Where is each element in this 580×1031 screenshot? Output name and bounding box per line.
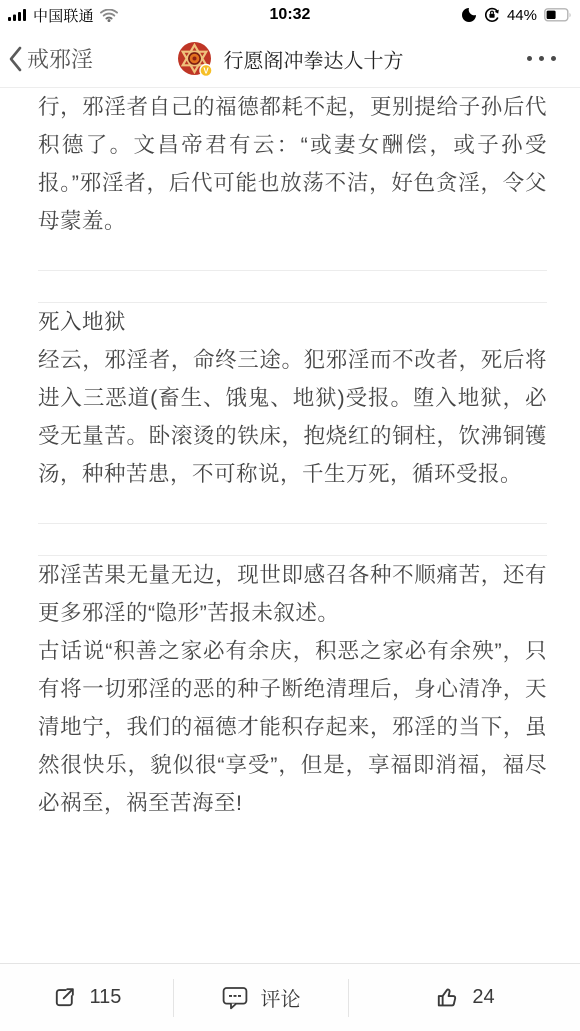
more-options-icon <box>527 56 532 61</box>
battery-icon <box>544 8 572 22</box>
share-button[interactable]: 115 <box>0 964 173 1031</box>
like-count: 24 <box>472 986 494 1009</box>
battery-percent-label: 44% <box>507 7 537 24</box>
paragraph: 古话说“积善之家必有余庆，积恶之家必有余殃”，只有将一切邪淫的恶的种子断绝清理后… <box>38 632 547 822</box>
wifi-icon <box>100 9 118 22</box>
comment-icon <box>222 986 248 1010</box>
account-avatar: V <box>177 40 214 77</box>
back-button[interactable]: 戒邪淫 <box>8 43 93 74</box>
comment-button[interactable]: 评论 <box>174 964 348 1031</box>
moon-icon <box>461 7 477 23</box>
status-right: 44% <box>461 7 572 24</box>
status-left: 中国联通 <box>8 5 118 26</box>
back-chevron-icon <box>8 46 23 72</box>
share-count: 115 <box>90 986 122 1009</box>
paragraph: 行，邪淫者自己的福德都耗不起，更别提给子孙后代积德了。文昌帝君有云：“或妻女酬偿… <box>38 88 547 240</box>
app-screen: 中国联通 10:32 <box>0 0 580 1031</box>
status-bar: 中国联通 10:32 <box>0 0 580 30</box>
like-button[interactable]: 24 <box>349 964 580 1031</box>
signal-bars-icon <box>8 9 27 21</box>
paragraph: 经云，邪淫者，命终三途。犯邪淫而不改者，死后将进入三恶道(畜生、饿鬼、地狱)受报… <box>38 341 547 493</box>
section-divider <box>38 270 547 271</box>
comment-label: 评论 <box>261 983 301 1012</box>
thumbs-up-icon <box>434 985 459 1010</box>
orientation-lock-icon <box>484 7 500 23</box>
carrier-label: 中国联通 <box>33 5 94 26</box>
back-label: 戒邪淫 <box>27 43 93 74</box>
verified-badge: V <box>203 66 209 75</box>
section-heading: 死入地狱 <box>38 303 547 341</box>
account-header[interactable]: V 行愿阁冲拳达人十方 <box>177 40 404 77</box>
nav-bar: 戒邪淫 V 行愿阁冲拳达人十方 <box>0 30 580 88</box>
article-body: 行，邪淫者自己的福德都耗不起，更别提给子孙后代积德了。文昌帝君有云：“或妻女酬偿… <box>0 88 580 822</box>
paragraph: 邪淫苦果无量无边，现世即感召各种不顺痛苦，还有更多邪淫的“隐形”苦报未叙述。 <box>38 556 547 632</box>
share-icon <box>52 985 77 1010</box>
account-title: 行愿阁冲拳达人十方 <box>224 44 404 73</box>
section-divider <box>38 523 547 524</box>
more-options-button[interactable] <box>525 48 558 69</box>
bottom-action-bar: 115 评论 24 <box>0 963 580 1031</box>
